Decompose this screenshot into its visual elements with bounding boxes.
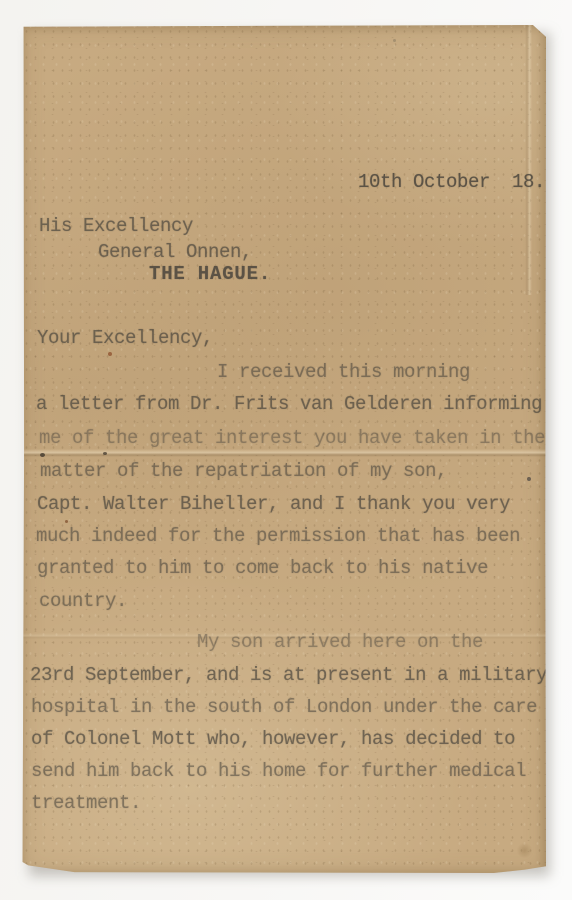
body-line: granted to him to come back to his nativ…	[37, 556, 488, 580]
recipient-line: THE HAGUE.	[149, 262, 271, 286]
vertical-fold-crease	[525, 25, 532, 295]
ink-speck	[103, 452, 107, 455]
body-line: send him back to his home for further me…	[31, 759, 526, 783]
stain-spot	[393, 39, 396, 42]
body-line: country.	[39, 589, 127, 613]
salutation-line: Your Excellency,	[37, 326, 213, 350]
body-line: much indeed for the permission that has …	[36, 524, 520, 548]
ink-speck	[65, 520, 68, 523]
body-line: hospital in the south of London under th…	[31, 695, 537, 719]
date-line: 10th October 18.	[358, 170, 545, 194]
stain-spot	[516, 843, 533, 858]
body-line: 23rd September, and is at present in a m…	[30, 663, 547, 687]
letter-scan: 10th October 18. His Excellency General …	[0, 0, 572, 900]
body-line: a letter from Dr. Frits van Gelderen inf…	[36, 392, 542, 416]
letter-paper: 10th October 18. His Excellency General …	[22, 25, 546, 873]
body-line: me of the great interest you have taken …	[39, 426, 545, 450]
horizontal-fold-crease	[22, 449, 546, 457]
body-line: of Colonel Mott who, however, has decide…	[31, 727, 515, 751]
recipient-line: General Onnen,	[98, 240, 252, 264]
body-line: Capt. Walter Biheller, and I thank you v…	[37, 492, 510, 516]
ink-speck	[40, 453, 45, 457]
body-line: treatment.	[31, 791, 141, 815]
recipient-line: His Excellency	[39, 214, 193, 238]
body-line: I received this morning	[217, 360, 470, 384]
body-line: matter of the repatriation of my son,	[40, 459, 447, 483]
ink-speck	[527, 477, 531, 481]
body-line: My son arrived here on the	[197, 630, 483, 654]
ink-speck	[108, 352, 112, 356]
